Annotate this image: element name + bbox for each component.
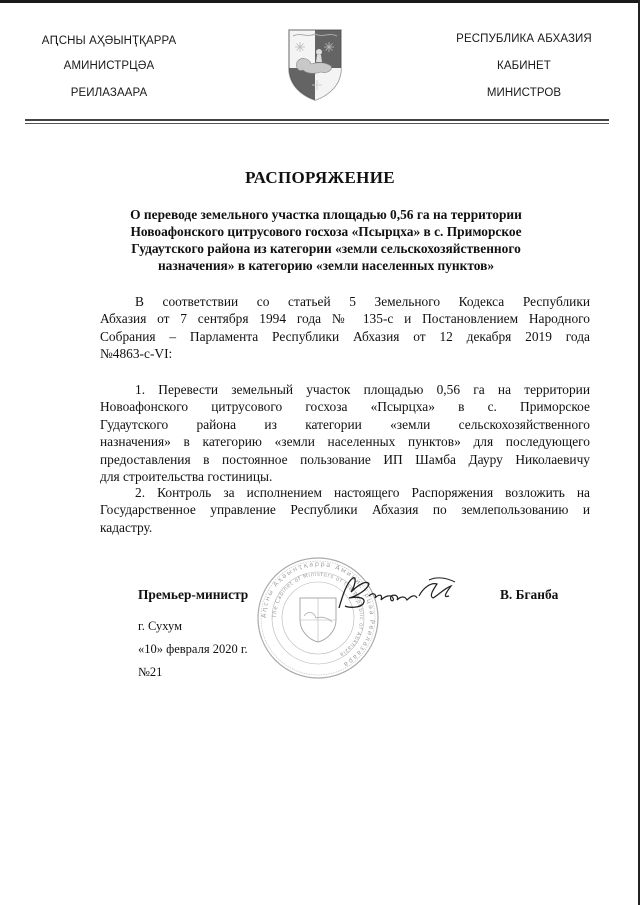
header-left-line-3: РЕИЛАЗААРА <box>71 87 148 99</box>
item-1-paragraph: 1. Перевести земельный участок площадью … <box>100 381 590 485</box>
document-place: г. Сухум <box>138 619 182 634</box>
subject-line: Новоафонского цитрусового госхоза «Псырц… <box>108 223 544 240</box>
header-left-line-2: АМИНИСТРЦӘА <box>64 60 155 72</box>
subject-line: Гудаутского района из категории «земли с… <box>108 240 544 257</box>
document-date: «10» февраля 2020 г. <box>138 642 248 657</box>
paragraph-line: кадастру. <box>100 519 590 536</box>
scan-border-top <box>0 0 640 3</box>
paragraph-line: Собрания – Парламента Республики Абхазия… <box>100 328 590 345</box>
signatory-role: Премьер-министр <box>138 587 248 603</box>
subject-line: О переводе земельного участка площадью 0… <box>108 206 544 223</box>
document-number: №21 <box>138 665 162 680</box>
paragraph-line: Государственное управление Республики Аб… <box>100 501 590 518</box>
document-title: РАСПОРЯЖЕНИЕ <box>0 168 640 188</box>
header-right-line-2: КАБИНЕТ <box>497 60 551 72</box>
paragraph-line: 1. Перевести земельный участок площадью … <box>100 381 590 398</box>
header-right-line-1: РЕСПУБЛИКА АБХАЗИЯ <box>456 33 592 45</box>
header-right-line-3: МИНИСТРОВ <box>487 87 561 99</box>
paragraph-line: для строительства гостиницы. <box>100 468 590 485</box>
header-divider-thin <box>25 123 609 124</box>
header-left-line-1: АԤСНЫ АҲӘЫНҬҚАРРА <box>42 33 177 47</box>
paragraph-line: Новоафонского цитрусового госхоза «Псырц… <box>100 398 590 415</box>
handwritten-signature-icon <box>333 574 463 614</box>
paragraph-line: предоставления в постоянное пользование … <box>100 451 590 468</box>
paragraph-line: 2. Контроль за исполнением настоящего Ра… <box>100 484 590 501</box>
header-divider <box>25 119 609 121</box>
paragraph-line: В соответствии со статьей 5 Земельного К… <box>100 293 590 310</box>
subject-line: назначения» в категорию «земли населенны… <box>108 257 544 274</box>
coat-of-arms-icon <box>287 28 343 102</box>
signatory-name: В. Бганба <box>500 587 558 603</box>
document-subject: О переводе земельного участка площадью 0… <box>108 206 544 274</box>
preamble-paragraph: В соответствии со статьей 5 Земельного К… <box>100 293 590 363</box>
paragraph-line: назначения» в категорию «земли населенны… <box>100 433 590 450</box>
paragraph-line: №4863-с-VI: <box>100 345 590 362</box>
paragraph-line: Гудаутского района из категории «земли с… <box>100 416 590 433</box>
item-2-paragraph: 2. Контроль за исполнением настоящего Ра… <box>100 484 590 536</box>
paragraph-line: Абхазия от 7 сентября 1994 года № 135-с … <box>100 310 590 327</box>
